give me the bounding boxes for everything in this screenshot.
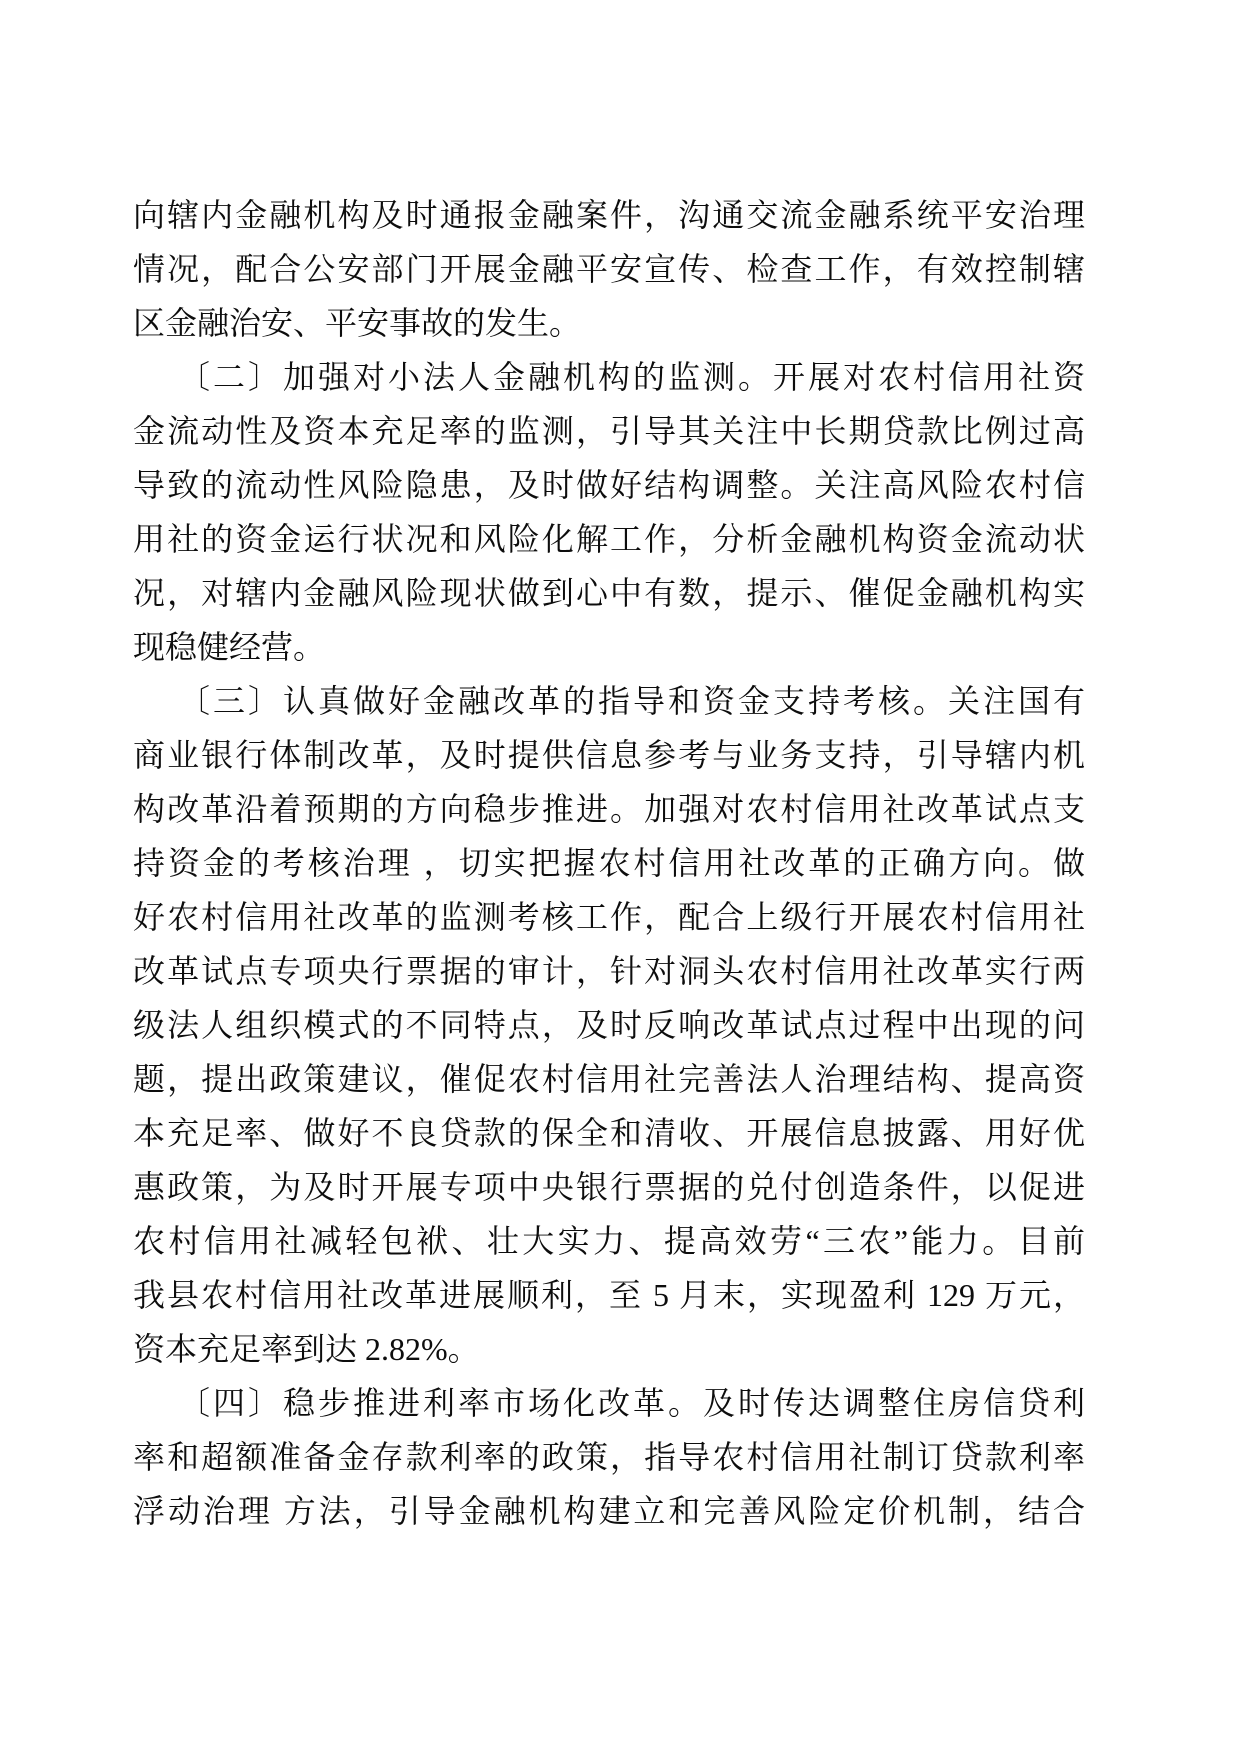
text-line: 农村信用社减轻包袱、壮大实力、提高效劳“三农”能力。目前 [133,1214,1085,1268]
text-line: 好农村信用社改革的监测考核工作，配合上级行开展农村信用社 [133,890,1085,944]
document-page: 向辖内金融机构及时通报金融案件，沟通交流金融系统平安治理情况，配合公安部门开展金… [0,0,1240,1753]
text-line: 资本充足率到达 2.82%。 [133,1322,1085,1376]
text-line: 改革试点专项央行票据的审计，针对洞头农村信用社改革实行两 [133,944,1085,998]
text-line: 本充足率、做好不良贷款的保全和清收、开展信息披露、用好优 [133,1106,1085,1160]
text-line: 〔三〕认真做好金融改革的指导和资金支持考核。关注国有 [133,674,1085,728]
text-line: 惠政策，为及时开展专项中央银行票据的兑付创造条件，以促进 [133,1160,1085,1214]
text-line: 向辖内金融机构及时通报金融案件，沟通交流金融系统平安治理 [133,188,1085,242]
text-line: 〔二〕加强对小法人金融机构的监测。开展对农村信用社资 [133,350,1085,404]
text-line: 〔四〕稳步推进利率市场化改革。及时传达调整住房信贷利 [133,1376,1085,1430]
text-line: 现稳健经营。 [133,620,1085,674]
text-line: 率和超额准备金存款利率的政策，指导农村信用社制订贷款利率 [133,1430,1085,1484]
text-line: 况，对辖内金融风险现状做到心中有数，提示、催促金融机构实 [133,566,1085,620]
text-line: 区金融治安、平安事故的发生。 [133,296,1085,350]
text-line: 浮动治理 方法，引导金融机构建立和完善风险定价机制，结合 [133,1484,1085,1538]
text-line: 导致的流动性风险隐患，及时做好结构调整。关注高风险农村信 [133,458,1085,512]
text-line: 级法人组织模式的不同特点，及时反响改革试点过程中出现的问 [133,998,1085,1052]
text-line: 情况，配合公安部门开展金融平安宣传、检查工作，有效控制辖 [133,242,1085,296]
text-line: 构改革沿着预期的方向稳步推进。加强对农村信用社改革试点支 [133,782,1085,836]
document-text-block: 向辖内金融机构及时通报金融案件，沟通交流金融系统平安治理情况，配合公安部门开展金… [133,188,1085,1538]
text-line: 题，提出政策建议，催促农村信用社完善法人治理结构、提高资 [133,1052,1085,1106]
text-line: 持资金的考核治理 ，切实把握农村信用社改革的正确方向。做 [133,836,1085,890]
text-line: 用社的资金运行状况和风险化解工作，分析金融机构资金流动状 [133,512,1085,566]
text-line: 商业银行体制改革，及时提供信息参考与业务支持，引导辖内机 [133,728,1085,782]
text-line: 金流动性及资本充足率的监测，引导其关注中长期贷款比例过高 [133,404,1085,458]
text-line: 我县农村信用社改革进展顺利，至 5 月末，实现盈利 129 万元， [133,1268,1085,1322]
